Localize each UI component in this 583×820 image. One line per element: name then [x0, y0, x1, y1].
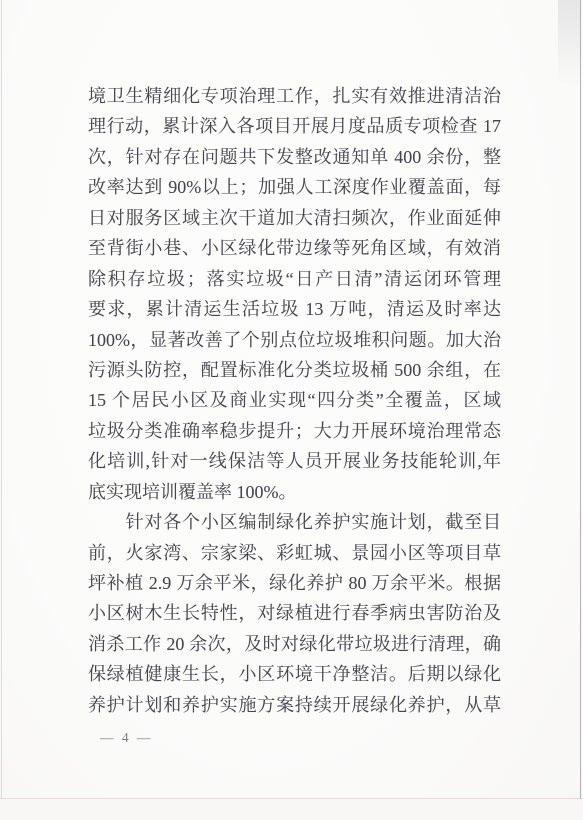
- text-line: 前，火家湾、宗家梁、彩虹城、景园小区等项目草: [88, 538, 501, 568]
- scanned-document-page: 境卫生精细化专项治理工作，扎实有效推进清洁治 理行动，累计深入各项目开展月度品质…: [0, 0, 583, 820]
- text-line: 100%，显著改善了个别点位垃圾堆积问题。加大治: [88, 325, 501, 355]
- text-line: 小区树木生长特性，对绿植进行春季病虫害防治及: [88, 598, 501, 628]
- text-line: 化培训,针对一线保洁等人员开展业务技能轮训,年: [88, 446, 501, 476]
- text-line: 污源头防控，配置标准化分类垃圾桶 500 余组，在: [88, 355, 501, 385]
- text-line: 要求，累计清运生活垃圾 13 万吨，清运及时率达: [88, 294, 501, 324]
- body-text: 境卫生精细化专项治理工作，扎实有效推进清洁治 理行动，累计深入各项目开展月度品质…: [88, 81, 501, 720]
- scan-shadow-topright: [558, 0, 580, 85]
- scan-edge-right-line: [580, 0, 581, 820]
- text-line: 15 个居民小区及商业实现“四分类”全覆盖，区域: [88, 385, 501, 415]
- text-line: 至背街小巷、小区绿化带边缘等死角区域，有效消: [88, 233, 501, 263]
- scan-edge-left-line: [1, 0, 2, 820]
- text-line: 底实现培训覆盖率 100%。: [88, 477, 501, 507]
- text-line: 日对服务区域主次干道加大清扫频次，作业面延伸: [88, 203, 501, 233]
- text-line: 坪补植 2.9 万余平米，绿化养护 80 万余平米。根据: [88, 568, 501, 598]
- text-line: 针对各个小区编制绿化养护实施计划，截至目: [88, 507, 501, 537]
- text-line: 养护计划和养护实施方案持续开展绿化养护，从草: [88, 690, 501, 720]
- text-line: 次，针对存在问题共下发整改通知单 400 余份，整: [88, 142, 501, 172]
- page-number: — 4 —: [100, 730, 153, 746]
- text-line: 垃圾分类准确率稳步提升；大力开展环境治理常态: [88, 416, 501, 446]
- text-line: 理行动，累计深入各项目开展月度品质专项检查 17: [88, 111, 501, 141]
- text-line: 境卫生精细化专项治理工作，扎实有效推进清洁治: [88, 81, 501, 111]
- text-line: 改率达到 90%以上；加强人工深度作业覆盖面，每: [88, 172, 501, 202]
- text-line: 消杀工作 20 余次，及时对绿化带垃圾进行清理，确: [88, 629, 501, 659]
- text-line: 保绿植健康生长，小区环境干净整洁。后期以绿化: [88, 659, 501, 689]
- text-line: 除积存垃圾；落实垃圾“日产日清”清运闭环管理: [88, 264, 501, 294]
- scan-bottom-strip: [0, 799, 583, 820]
